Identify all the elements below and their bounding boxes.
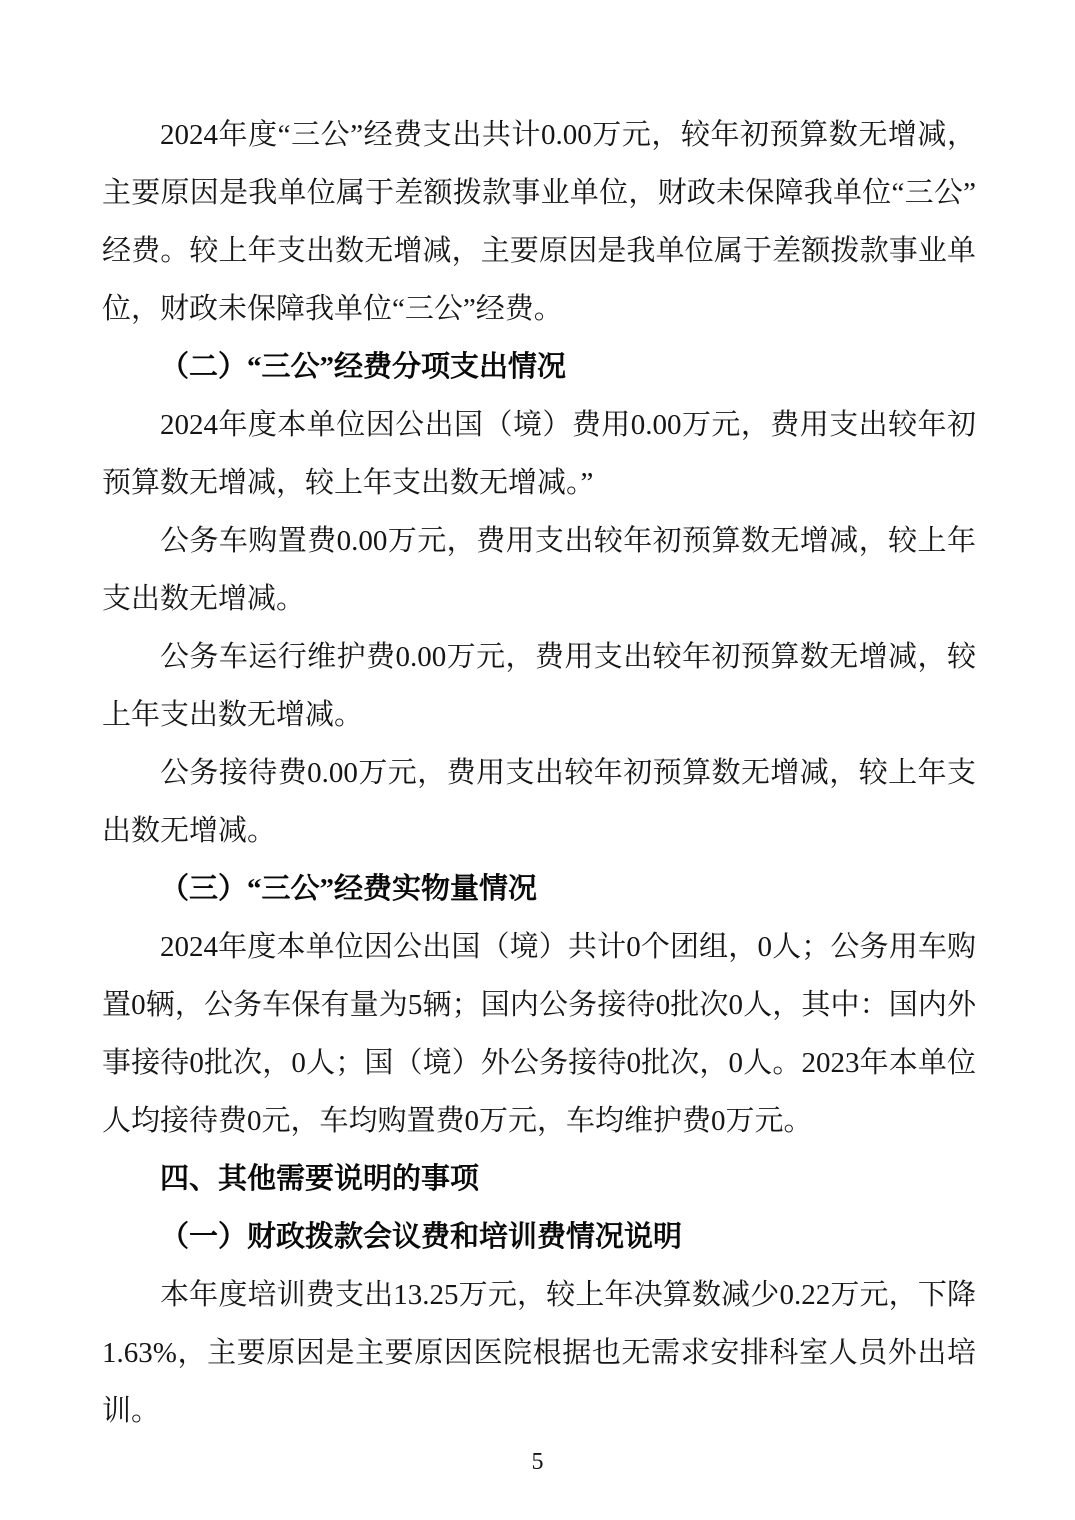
page-footer: 5 bbox=[0, 1450, 1075, 1474]
subsection-heading: （一）财政拨款会议费和培训费情况说明 bbox=[102, 1208, 976, 1266]
body-paragraph: 公务车运行维护费0.00万元，费用支出较年初预算数无增减，较上年支出数无增减。 bbox=[102, 628, 976, 744]
subsection-heading: （三）“三公”经费实物量情况 bbox=[102, 860, 976, 918]
page-number: 5 bbox=[532, 1449, 544, 1475]
subsection-heading: （二）“三公”经费分项支出情况 bbox=[102, 338, 976, 396]
body-paragraph: 公务车购置费0.00万元，费用支出较年初预算数无增减，较上年支出数无增减。 bbox=[102, 512, 976, 628]
body-paragraph: 2024年度本单位因公出国（境）共计0个团组，0人；公务用车购置0辆，公务车保有… bbox=[102, 918, 976, 1150]
body-paragraph: 公务接待费0.00万元，费用支出较年初预算数无增减，较上年支出数无增减。 bbox=[102, 744, 976, 860]
body-paragraph: 本年度培训费支出13.25万元，较上年决算数减少0.22万元，下降1.63%，主… bbox=[102, 1266, 976, 1440]
document-body: 2024年度“三公”经费支出共计0.00万元，较年初预算数无增减，主要原因是我单… bbox=[102, 106, 976, 1440]
body-paragraph: 2024年度“三公”经费支出共计0.00万元，较年初预算数无增减，主要原因是我单… bbox=[102, 106, 976, 338]
document-page: 2024年度“三公”经费支出共计0.00万元，较年初预算数无增减，主要原因是我单… bbox=[0, 0, 1075, 1520]
body-paragraph: 2024年度本单位因公出国（境）费用0.00万元，费用支出较年初预算数无增减，较… bbox=[102, 396, 976, 512]
section-heading: 四、其他需要说明的事项 bbox=[102, 1150, 976, 1208]
